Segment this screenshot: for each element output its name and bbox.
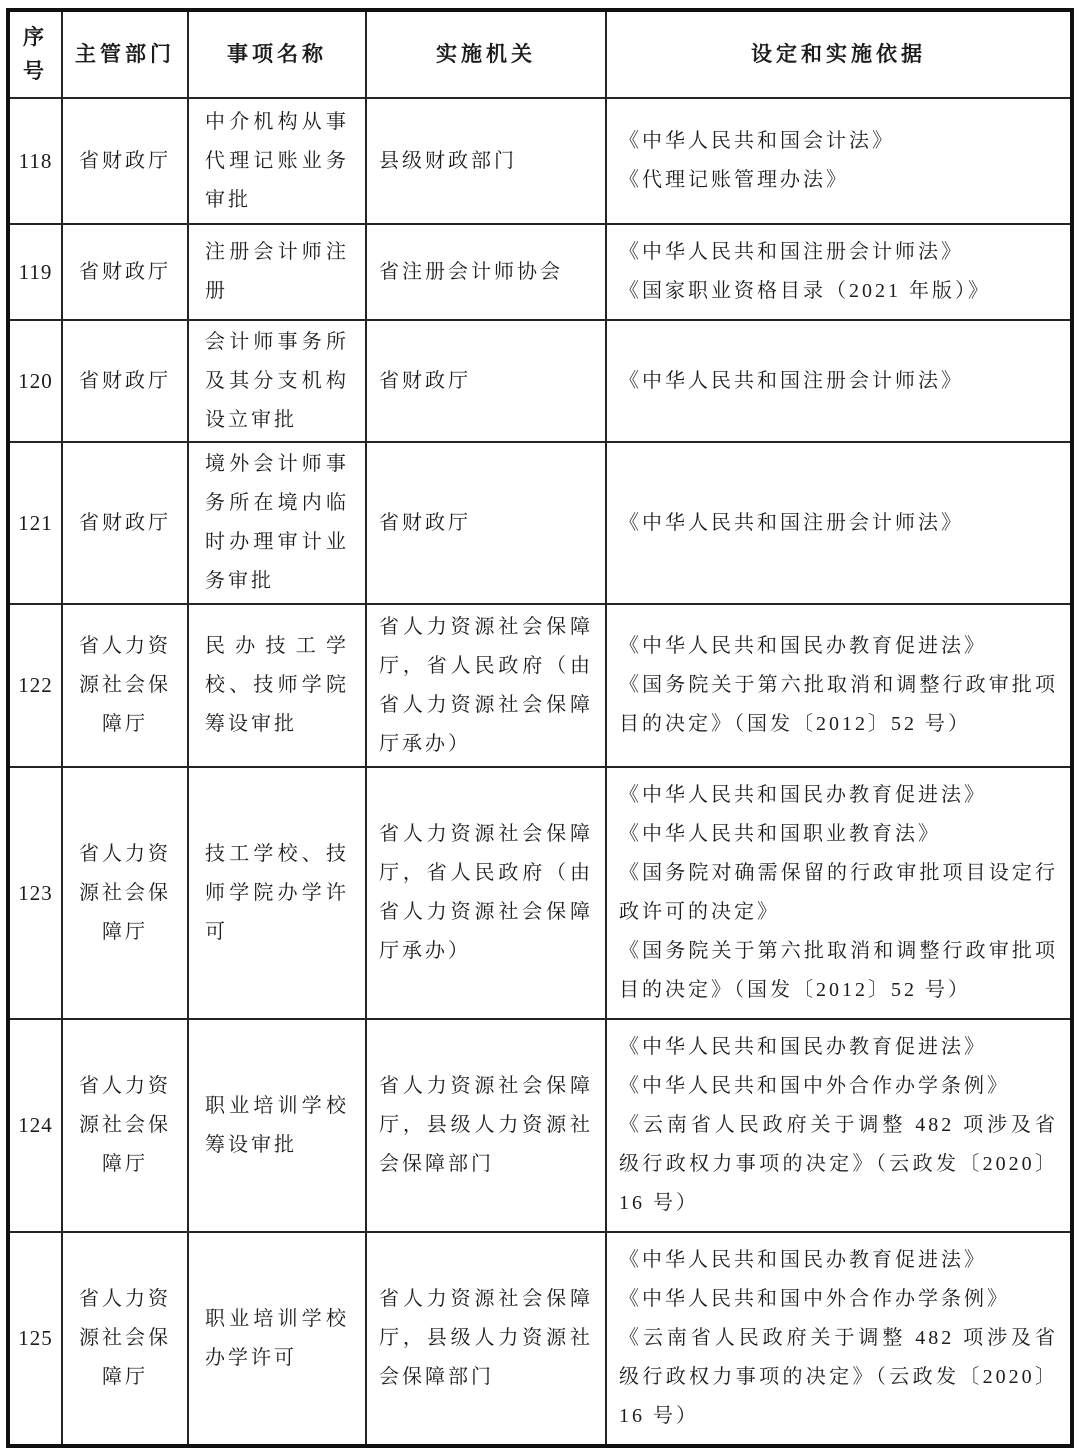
basis-line: 《云南省人民政府关于调整 482 项涉及省级行政权力事项的决定》（云政发〔202… bbox=[619, 1106, 1058, 1223]
header-serial-number: 序号 bbox=[8, 10, 62, 98]
cell-department: 省财政厅 bbox=[62, 98, 188, 224]
cell-department: 省财政厅 bbox=[62, 320, 188, 442]
cell-agency: 省注册会计师协会 bbox=[366, 224, 606, 320]
cell-agency: 省人力资源社会保障厅，县级人力资源社会保障部门 bbox=[366, 1232, 606, 1446]
basis-line: 《国务院关于第六批取消和调整行政审批项目的决定》（国发〔2012〕52 号） bbox=[619, 932, 1058, 1010]
cell-item-name: 境外会计师事务所在境内临时办理审计业务审批 bbox=[188, 442, 366, 604]
cell-serial: 120 bbox=[8, 320, 62, 442]
table-row: 118 省财政厅 中介机构从事代理记账业务审批 县级财政部门 《中华人民共和国会… bbox=[8, 98, 1072, 224]
cell-agency: 省人力资源社会保障厅，省人民政府（由省人力资源社会保障厅承办） bbox=[366, 604, 606, 767]
cell-basis: 《中华人民共和国民办教育促进法》 《国务院关于第六批取消和调整行政审批项目的决定… bbox=[606, 604, 1072, 767]
cell-item-name: 中介机构从事代理记账业务审批 bbox=[188, 98, 366, 224]
basis-line: 《中华人民共和国中外合作办学条例》 bbox=[619, 1280, 1058, 1319]
basis-line: 《中华人民共和国民办教育促进法》 bbox=[619, 776, 1058, 815]
cell-serial: 124 bbox=[8, 1019, 62, 1232]
table-row: 119 省财政厅 注册会计师注册 省注册会计师协会 《中华人民共和国注册会计师法… bbox=[8, 224, 1072, 320]
cell-item-name: 职业培训学校筹设审批 bbox=[188, 1019, 366, 1232]
cell-agency: 省人力资源社会保障厅，县级人力资源社会保障部门 bbox=[366, 1019, 606, 1232]
cell-basis: 《中华人民共和国民办教育促进法》 《中华人民共和国中外合作办学条例》 《云南省人… bbox=[606, 1232, 1072, 1446]
cell-department: 省财政厅 bbox=[62, 224, 188, 320]
basis-line: 《中华人民共和国民办教育促进法》 bbox=[619, 1028, 1058, 1067]
cell-serial: 121 bbox=[8, 442, 62, 604]
cell-item-name: 注册会计师注册 bbox=[188, 224, 366, 320]
basis-line: 《中华人民共和国会计法》 bbox=[619, 122, 1058, 161]
table-row: 125 省人力资源社会保障厅 职业培训学校办学许可 省人力资源社会保障厅，县级人… bbox=[8, 1232, 1072, 1446]
header-legal-basis: 设定和实施依据 bbox=[606, 10, 1072, 98]
cell-item-name: 职业培训学校办学许可 bbox=[188, 1232, 366, 1446]
table-row: 122 省人力资源社会保障厅 民办技工学校、技师学院筹设审批 省人力资源社会保障… bbox=[8, 604, 1072, 767]
cell-serial: 125 bbox=[8, 1232, 62, 1446]
cell-agency: 县级财政部门 bbox=[366, 98, 606, 224]
cell-item-name: 会计师事务所及其分支机构设立审批 bbox=[188, 320, 366, 442]
cell-serial: 122 bbox=[8, 604, 62, 767]
cell-department: 省人力资源社会保障厅 bbox=[62, 1019, 188, 1232]
basis-line: 《代理记账管理办法》 bbox=[619, 161, 1058, 200]
cell-basis: 《中华人民共和国民办教育促进法》 《中华人民共和国职业教育法》 《国务院对确需保… bbox=[606, 767, 1072, 1019]
header-item-name: 事项名称 bbox=[188, 10, 366, 98]
basis-line: 《中华人民共和国注册会计师法》 bbox=[619, 233, 1058, 272]
basis-line: 《云南省人民政府关于调整 482 项涉及省级行政权力事项的决定》（云政发〔202… bbox=[619, 1319, 1058, 1436]
table-row: 121 省财政厅 境外会计师事务所在境内临时办理审计业务审批 省财政厅 《中华人… bbox=[8, 442, 1072, 604]
cell-agency: 省人力资源社会保障厅，省人民政府（由省人力资源社会保障厅承办） bbox=[366, 767, 606, 1019]
basis-line: 《国务院对确需保留的行政审批项目设定行政许可的决定》 bbox=[619, 854, 1058, 932]
cell-serial: 119 bbox=[8, 224, 62, 320]
cell-department: 省财政厅 bbox=[62, 442, 188, 604]
cell-agency: 省财政厅 bbox=[366, 320, 606, 442]
basis-line: 《中华人民共和国民办教育促进法》 bbox=[619, 1241, 1058, 1280]
approval-items-table: 序号 主管部门 事项名称 实施机关 设定和实施依据 118 省财政厅 中介机构从… bbox=[6, 8, 1074, 1448]
table-row: 120 省财政厅 会计师事务所及其分支机构设立审批 省财政厅 《中华人民共和国注… bbox=[8, 320, 1072, 442]
basis-line: 《国家职业资格目录（2021 年版）》 bbox=[619, 272, 1058, 311]
cell-serial: 123 bbox=[8, 767, 62, 1019]
basis-line: 《国务院关于第六批取消和调整行政审批项目的决定》（国发〔2012〕52 号） bbox=[619, 666, 1058, 744]
basis-line: 《中华人民共和国民办教育促进法》 bbox=[619, 627, 1058, 666]
table-row: 123 省人力资源社会保障厅 技工学校、技师学院办学许可 省人力资源社会保障厅，… bbox=[8, 767, 1072, 1019]
cell-agency: 省财政厅 bbox=[366, 442, 606, 604]
cell-item-name: 民办技工学校、技师学院筹设审批 bbox=[188, 604, 366, 767]
header-row: 序号 主管部门 事项名称 实施机关 设定和实施依据 bbox=[8, 10, 1072, 98]
basis-line: 《中华人民共和国职业教育法》 bbox=[619, 815, 1058, 854]
header-implementing-agency: 实施机关 bbox=[366, 10, 606, 98]
cell-department: 省人力资源社会保障厅 bbox=[62, 1232, 188, 1446]
cell-basis: 《中华人民共和国注册会计师法》 《国家职业资格目录（2021 年版）》 bbox=[606, 224, 1072, 320]
cell-basis: 《中华人民共和国会计法》 《代理记账管理办法》 bbox=[606, 98, 1072, 224]
table-row: 124 省人力资源社会保障厅 职业培训学校筹设审批 省人力资源社会保障厅，县级人… bbox=[8, 1019, 1072, 1232]
cell-basis: 《中华人民共和国注册会计师法》 bbox=[606, 320, 1072, 442]
basis-line: 《中华人民共和国注册会计师法》 bbox=[619, 362, 1058, 401]
cell-department: 省人力资源社会保障厅 bbox=[62, 767, 188, 1019]
cell-basis: 《中华人民共和国注册会计师法》 bbox=[606, 442, 1072, 604]
cell-basis: 《中华人民共和国民办教育促进法》 《中华人民共和国中外合作办学条例》 《云南省人… bbox=[606, 1019, 1072, 1232]
header-department: 主管部门 bbox=[62, 10, 188, 98]
basis-line: 《中华人民共和国注册会计师法》 bbox=[619, 504, 1058, 543]
cell-item-name: 技工学校、技师学院办学许可 bbox=[188, 767, 366, 1019]
cell-department: 省人力资源社会保障厅 bbox=[62, 604, 188, 767]
basis-line: 《中华人民共和国中外合作办学条例》 bbox=[619, 1067, 1058, 1106]
cell-serial: 118 bbox=[8, 98, 62, 224]
